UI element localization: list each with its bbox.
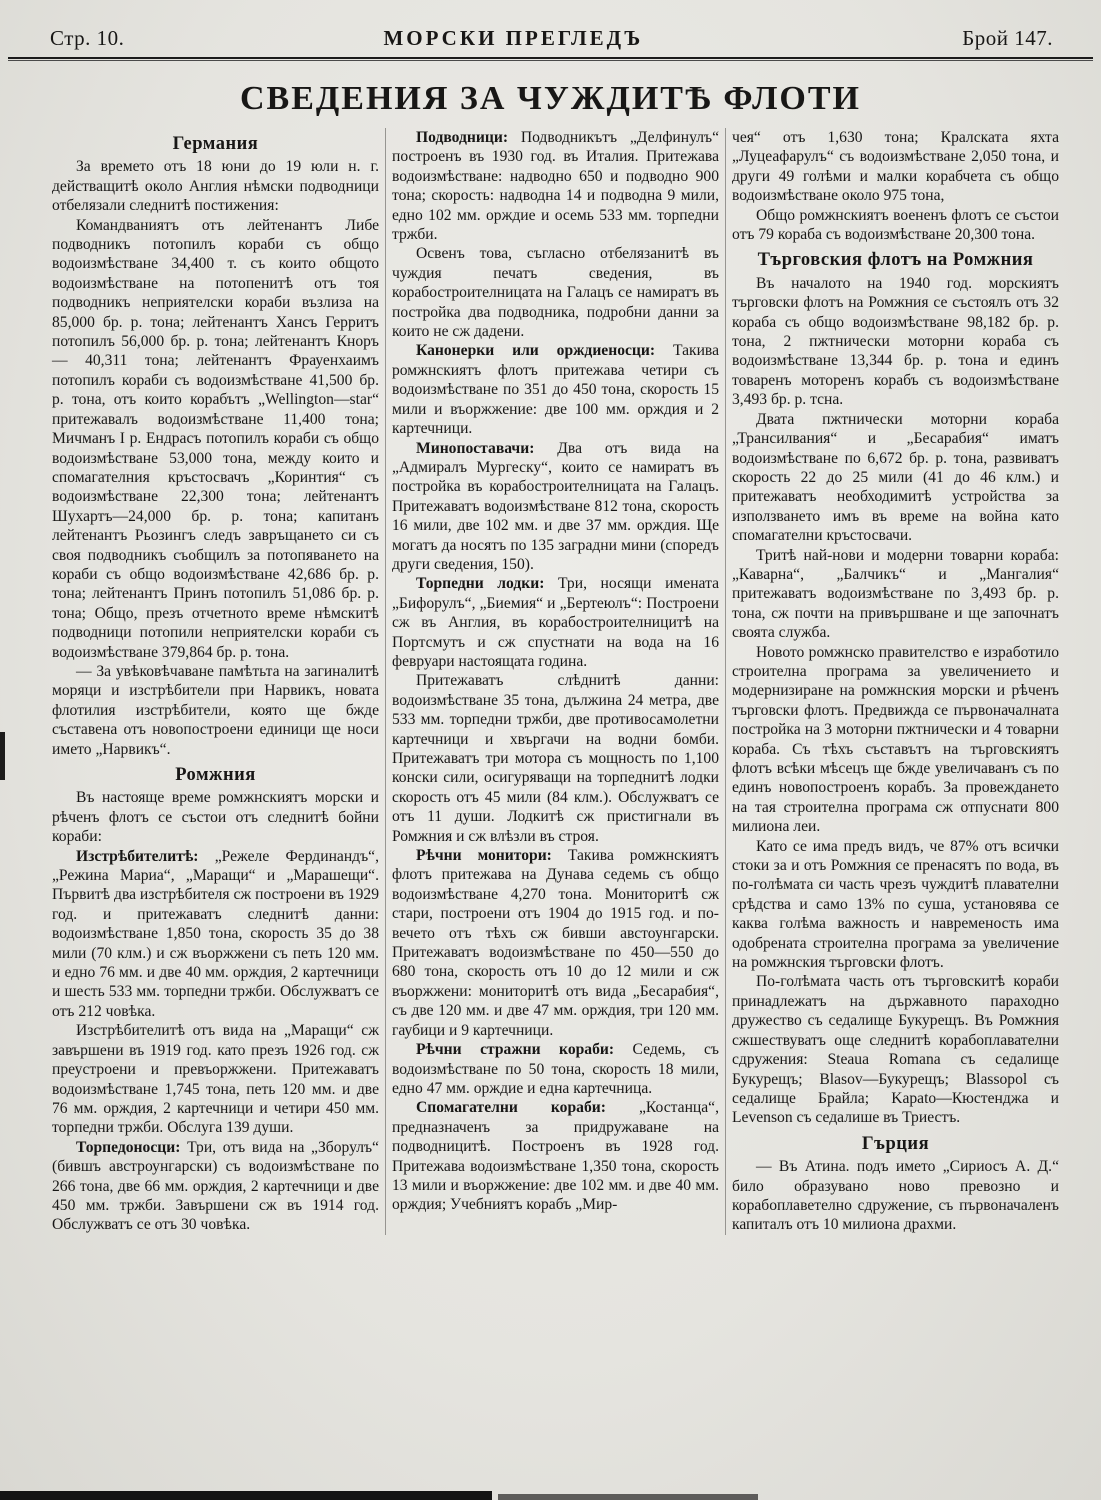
paragraph: чея“ отъ 1,630 тона; Кралската яхта „Луц…: [732, 128, 1059, 206]
paragraph: — За увѣковѣчаване памѣтьта на загиналит…: [52, 662, 379, 759]
section-heading: Гърция: [732, 1135, 1059, 1154]
paragraph: Като се има предъ видъ, че 87% отъ всичк…: [732, 837, 1059, 973]
paragraph-lead: Минопоставачи:: [416, 440, 557, 457]
paragraph-lead: Подводници:: [416, 129, 521, 146]
header-rule: [8, 57, 1093, 62]
paragraph: Новото ромжнско правителство е изработил…: [732, 643, 1059, 837]
paragraph: Тритѣ най-нови и модерни товарни кораба:…: [732, 546, 1059, 643]
paragraph: Двата пжтнически моторни кораба „Трансил…: [732, 410, 1059, 546]
paragraph: Въ настояще време ромжнскиятъ морски и р…: [52, 788, 379, 846]
column-3: чея“ отъ 1,630 тона; Кралската яхта „Луц…: [725, 128, 1065, 1235]
paragraph: Торпедни лодки: Три, носящи имената „Биф…: [392, 574, 719, 671]
paragraph: Рѣчни стражни кораби: Седемь, съ водоизм…: [392, 1040, 719, 1098]
paragraph-lead: Канонерки или орждиеносци:: [416, 342, 673, 359]
article-columns: ГерманияЗа времето отъ 18 юни до 19 юли …: [0, 126, 1101, 1235]
section-heading: Ромжния: [52, 766, 379, 785]
paragraph: Рѣчни монитори: Такива ромжнскиятъ флотъ…: [392, 846, 719, 1040]
page-number: Стр. 10.: [50, 26, 124, 51]
scan-artifact-left-mark: [0, 732, 5, 780]
scan-artifact-bottom-shade: [498, 1494, 758, 1500]
paragraph: — Въ Атина. подъ името „Сириосъ А. Д.“ б…: [732, 1157, 1059, 1235]
paragraph: Торпедоносци: Три, отъ вида на „Зборулъ“…: [52, 1138, 379, 1235]
article-title: СВЕДЕНИЯ ЗА ЧУЖДИТѢ ФЛОТИ: [0, 80, 1101, 118]
paragraph: За времето отъ 18 юни до 19 юли н. г. де…: [52, 157, 379, 215]
paragraph-lead: Рѣчни монитори:: [416, 847, 568, 864]
paragraph-lead: Торпедоносци:: [76, 1139, 187, 1156]
paragraph: Минопоставачи: Два отъ вида на „Адмиралъ…: [392, 439, 719, 575]
paragraph-lead: Изстрѣбителитѣ:: [76, 848, 215, 865]
paragraph-lead: Торпедни лодки:: [416, 575, 558, 592]
section-heading: Търговския флотъ на Ромжния: [732, 251, 1059, 270]
paragraph: Освенъ това, съгласно отбелязанитѣ въ чу…: [392, 244, 719, 341]
section-heading: Германия: [52, 135, 379, 154]
paragraph: Командваниятъ отъ лейтенантъ Либе подвод…: [52, 216, 379, 662]
paragraph: Притежаватъ слѣднитѣ данни: водоизмѣства…: [392, 671, 719, 846]
paragraph: По-голѣмата часть отъ търговскитѣ кораби…: [732, 972, 1059, 1127]
page-header: Стр. 10. МОРСКИ ПРЕГЛЕДЪ Брой 147.: [0, 0, 1101, 51]
issue-number: Брой 147.: [962, 26, 1053, 51]
paragraph: Подводници: Подводникътъ „Делфинулъ“ пос…: [392, 128, 719, 244]
journal-title: МОРСКИ ПРЕГЛЕДЪ: [383, 26, 643, 51]
paragraph: Общо ромжнскиятъ воененъ флотъ се състои…: [732, 206, 1059, 245]
scan-artifact-bottom-bar: [0, 1491, 492, 1500]
paragraph: Изстрѣбителитѣ: „Режеле Фердинандъ“, „Ре…: [52, 847, 379, 1022]
paragraph: Изстрѣбителитѣ отъ вида на „Маращи“ сж з…: [52, 1021, 379, 1137]
paragraph-lead: Спомагателни кораби:: [416, 1099, 639, 1116]
paragraph: Спомагателни кораби: „Костанца“, предназ…: [392, 1098, 719, 1214]
column-1: ГерманияЗа времето отъ 18 юни до 19 юли …: [46, 128, 385, 1235]
newspaper-page: Стр. 10. МОРСКИ ПРЕГЛЕДЪ Брой 147. СВЕДЕ…: [0, 0, 1101, 1500]
paragraph: Канонерки или орждиеносци: Такива ромжнс…: [392, 341, 719, 438]
paragraph-lead: Рѣчни стражни кораби:: [416, 1041, 633, 1058]
column-2: Подводници: Подводникътъ „Делфинулъ“ пос…: [385, 128, 725, 1235]
paragraph: Въ началото на 1940 год. морскиятъ търго…: [732, 274, 1059, 410]
